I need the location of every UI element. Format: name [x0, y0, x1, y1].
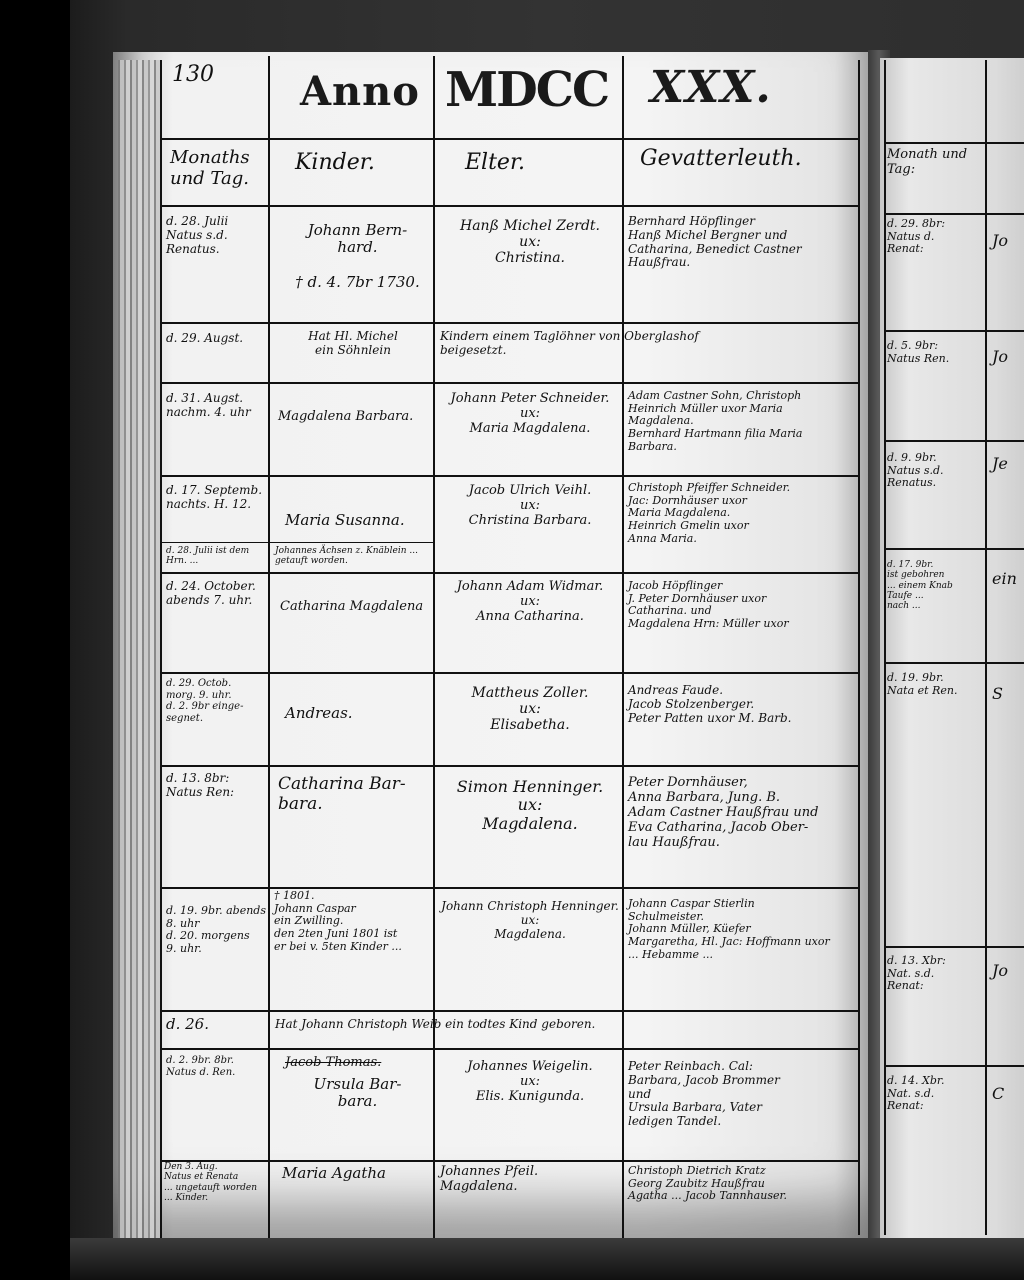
grid-col-divider-2 [433, 56, 435, 1240]
right-entry-date: d. 13. Xbr: Nat. s.d. Renat: [887, 955, 983, 993]
right-grid-row [884, 946, 1024, 948]
right-grid-row [884, 142, 1024, 144]
entry-godparents: Bernhard Höpflinger Hanß Michel Bergner … [628, 215, 856, 270]
entry-godparents: Johann Caspar Stierlin Schulmeister. Joh… [628, 898, 856, 961]
entry-child-struck: Jacob Thomas. [285, 1056, 430, 1071]
entry-parents: Hanß Michel Zerdt. ux: Christina. [440, 218, 620, 266]
grid-row-line [160, 887, 860, 889]
entry-date: d. 24. October. abends 7. uhr. [166, 580, 266, 608]
grid-row-line [160, 138, 860, 140]
entry-parents: Johann Adam Widmar. ux: Anna Catharina. [440, 580, 620, 625]
right-entry-date: d. 17. 9br. ist gebohren ... einem Knab … [887, 560, 983, 612]
entry-date: d. 26. [166, 1016, 266, 1033]
right-grid-row [884, 440, 1024, 442]
right-grid-row [884, 330, 1024, 332]
entry-note-date: d. 28. Julii ist dem Hrn. ... [166, 546, 266, 567]
entry-child: Catharina Bar- bara. [278, 775, 428, 814]
right-grid-left [884, 60, 886, 1235]
right-entry-date: d. 14. Xbr. Nat. s.d. Renat: [887, 1075, 983, 1113]
col-header-children: Kinder. [295, 150, 375, 175]
entry-godparents: Peter Reinbach. Cal: Barbara, Jacob Brom… [628, 1060, 856, 1129]
right-grid-row [884, 662, 1024, 664]
grid-col-divider-3 [622, 56, 624, 1240]
entry-parents: Johannes Weigelin. ux: Elis. Kunigunda. [440, 1060, 620, 1105]
right-grid-row [884, 1065, 1024, 1067]
entry-parents: Mattheus Zoller. ux: Elisabetha. [440, 685, 620, 733]
entry-child: † 1801. Johann Caspar ein Zwilling. den … [274, 890, 432, 953]
col-header-date: Monaths und Tag. [170, 148, 265, 189]
entry-parents: Johann Peter Schneider. ux: Maria Magdal… [440, 392, 620, 437]
right-entry-date: d. 5. 9br: Natus Ren. [887, 340, 983, 365]
entry-date: d. 13. 8br: Natus Ren: [166, 772, 266, 800]
grid-left-margin [160, 60, 162, 1240]
entry-date: d. 2. 9br. 8br. Natus d. Ren. [166, 1055, 266, 1078]
entry-child: Maria Agatha [282, 1165, 430, 1182]
grid-row-line [160, 1048, 860, 1050]
right-col-header-date: Monath und Tag: [887, 148, 983, 178]
right-fragment: C [992, 1085, 1004, 1103]
bottom-shadow [70, 1238, 1024, 1280]
grid-row-line [160, 382, 860, 384]
entry-date: d. 17. Septemb. nachts. H. 12. [166, 484, 266, 512]
book-binding-edge [118, 60, 160, 1240]
entry-child: Catharina Magdalena [280, 600, 430, 615]
grid-subrow-line [160, 542, 435, 543]
grid-row-line [160, 572, 860, 574]
entry-godparents: Peter Dornhäuser, Anna Barbara, Jung. B.… [628, 776, 856, 851]
page-number: 130 [172, 62, 214, 87]
grid-row-line [160, 1010, 860, 1012]
entry-parents: Johannes Pfeil. Magdalena. [440, 1165, 620, 1195]
entry-date: d. 31. Augst. nachm. 4. uhr [166, 392, 266, 420]
grid-col-divider-1 [268, 56, 270, 1240]
right-grid-col-divider [985, 60, 987, 1235]
entry-date: d. 29. Octob. morg. 9. uhr. d. 2. 9br ei… [166, 678, 266, 724]
entry-child: Magdalena Barbara. [278, 410, 428, 425]
entry-godparents: Christoph Pfeiffer Schneider. Jac: Dornh… [628, 482, 856, 545]
entry-parents: Jacob Ulrich Veihl. ux: Christina Barbar… [440, 484, 620, 529]
entry-godparents: Jacob Höpflinger J. Peter Dornhäuser uxo… [628, 580, 856, 631]
right-fragment: Jo [992, 962, 1008, 980]
col-header-parents: Elter. [465, 150, 525, 175]
entry-date: d. 28. Julii Natus s.d. Renatus. [166, 215, 266, 256]
right-entry-date: d. 9. 9br. Natus s.d. Renatus. [887, 452, 983, 490]
grid-right-margin [858, 60, 860, 1235]
entry-child: Andreas. [285, 705, 430, 722]
entry-spanning-note: Hat Johann Christoph Weib ein todtes Kin… [275, 1018, 855, 1032]
entry-date: d. 19. 9br. abends 8. uhr d. 20. morgens… [166, 905, 266, 956]
right-fragment: Je [992, 455, 1008, 473]
entry-date: d. 29. Augst. [166, 332, 266, 346]
entry-child: Ursula Bar- bara. [285, 1076, 430, 1111]
title-century: MDCC [445, 62, 608, 118]
grid-row-line [160, 672, 860, 674]
entry-parents: Kindern einem Taglöhner von Oberglashof … [440, 330, 840, 358]
entry-parents: Simon Henninger. ux: Magdalena. [440, 778, 620, 833]
entry-child: Johann Bern- hard. † d. 4. 7br 1730. [285, 222, 430, 291]
entry-godparents: Adam Castner Sohn, Christoph Heinrich Mü… [628, 390, 856, 453]
grid-row-line [160, 205, 860, 207]
grid-row-line [160, 765, 860, 767]
right-fragment: S [992, 685, 1003, 703]
entry-child: Maria Susanna. [285, 512, 430, 529]
entry-godparents: Andreas Faude. Jacob Stolzenberger. Pete… [628, 684, 856, 725]
right-fragment: ein [992, 570, 1017, 588]
grid-row-line [160, 475, 860, 477]
grid-row-line [160, 322, 860, 324]
title-anno: Anno [300, 68, 420, 115]
right-grid-row [884, 548, 1024, 550]
right-fragment: Jo [992, 232, 1008, 250]
entry-child: Hat Hl. Michel ein Söhnlein [278, 330, 428, 358]
entry-godparents: Christoph Dietrich Kratz Georg Zaubitz H… [628, 1165, 856, 1203]
title-decade: XXX. [650, 62, 772, 113]
entry-date: Den 3. Aug. Natus et Renata ... ungetauf… [164, 1162, 268, 1203]
right-grid-row [884, 213, 1024, 215]
entry-parents: Johann Christoph Henninger. ux: Magdalen… [440, 900, 620, 941]
col-header-godparents: Gevatterleuth. [640, 146, 802, 171]
right-entry-date: d. 29. 8br: Natus d. Renat: [887, 218, 983, 256]
right-fragment: Jo [992, 348, 1008, 366]
entry-note-text: Johannes Ächsen z. Knäblein ... getauft … [275, 546, 433, 567]
right-entry-date: d. 19. 9br. Nata et Ren. [887, 672, 983, 697]
